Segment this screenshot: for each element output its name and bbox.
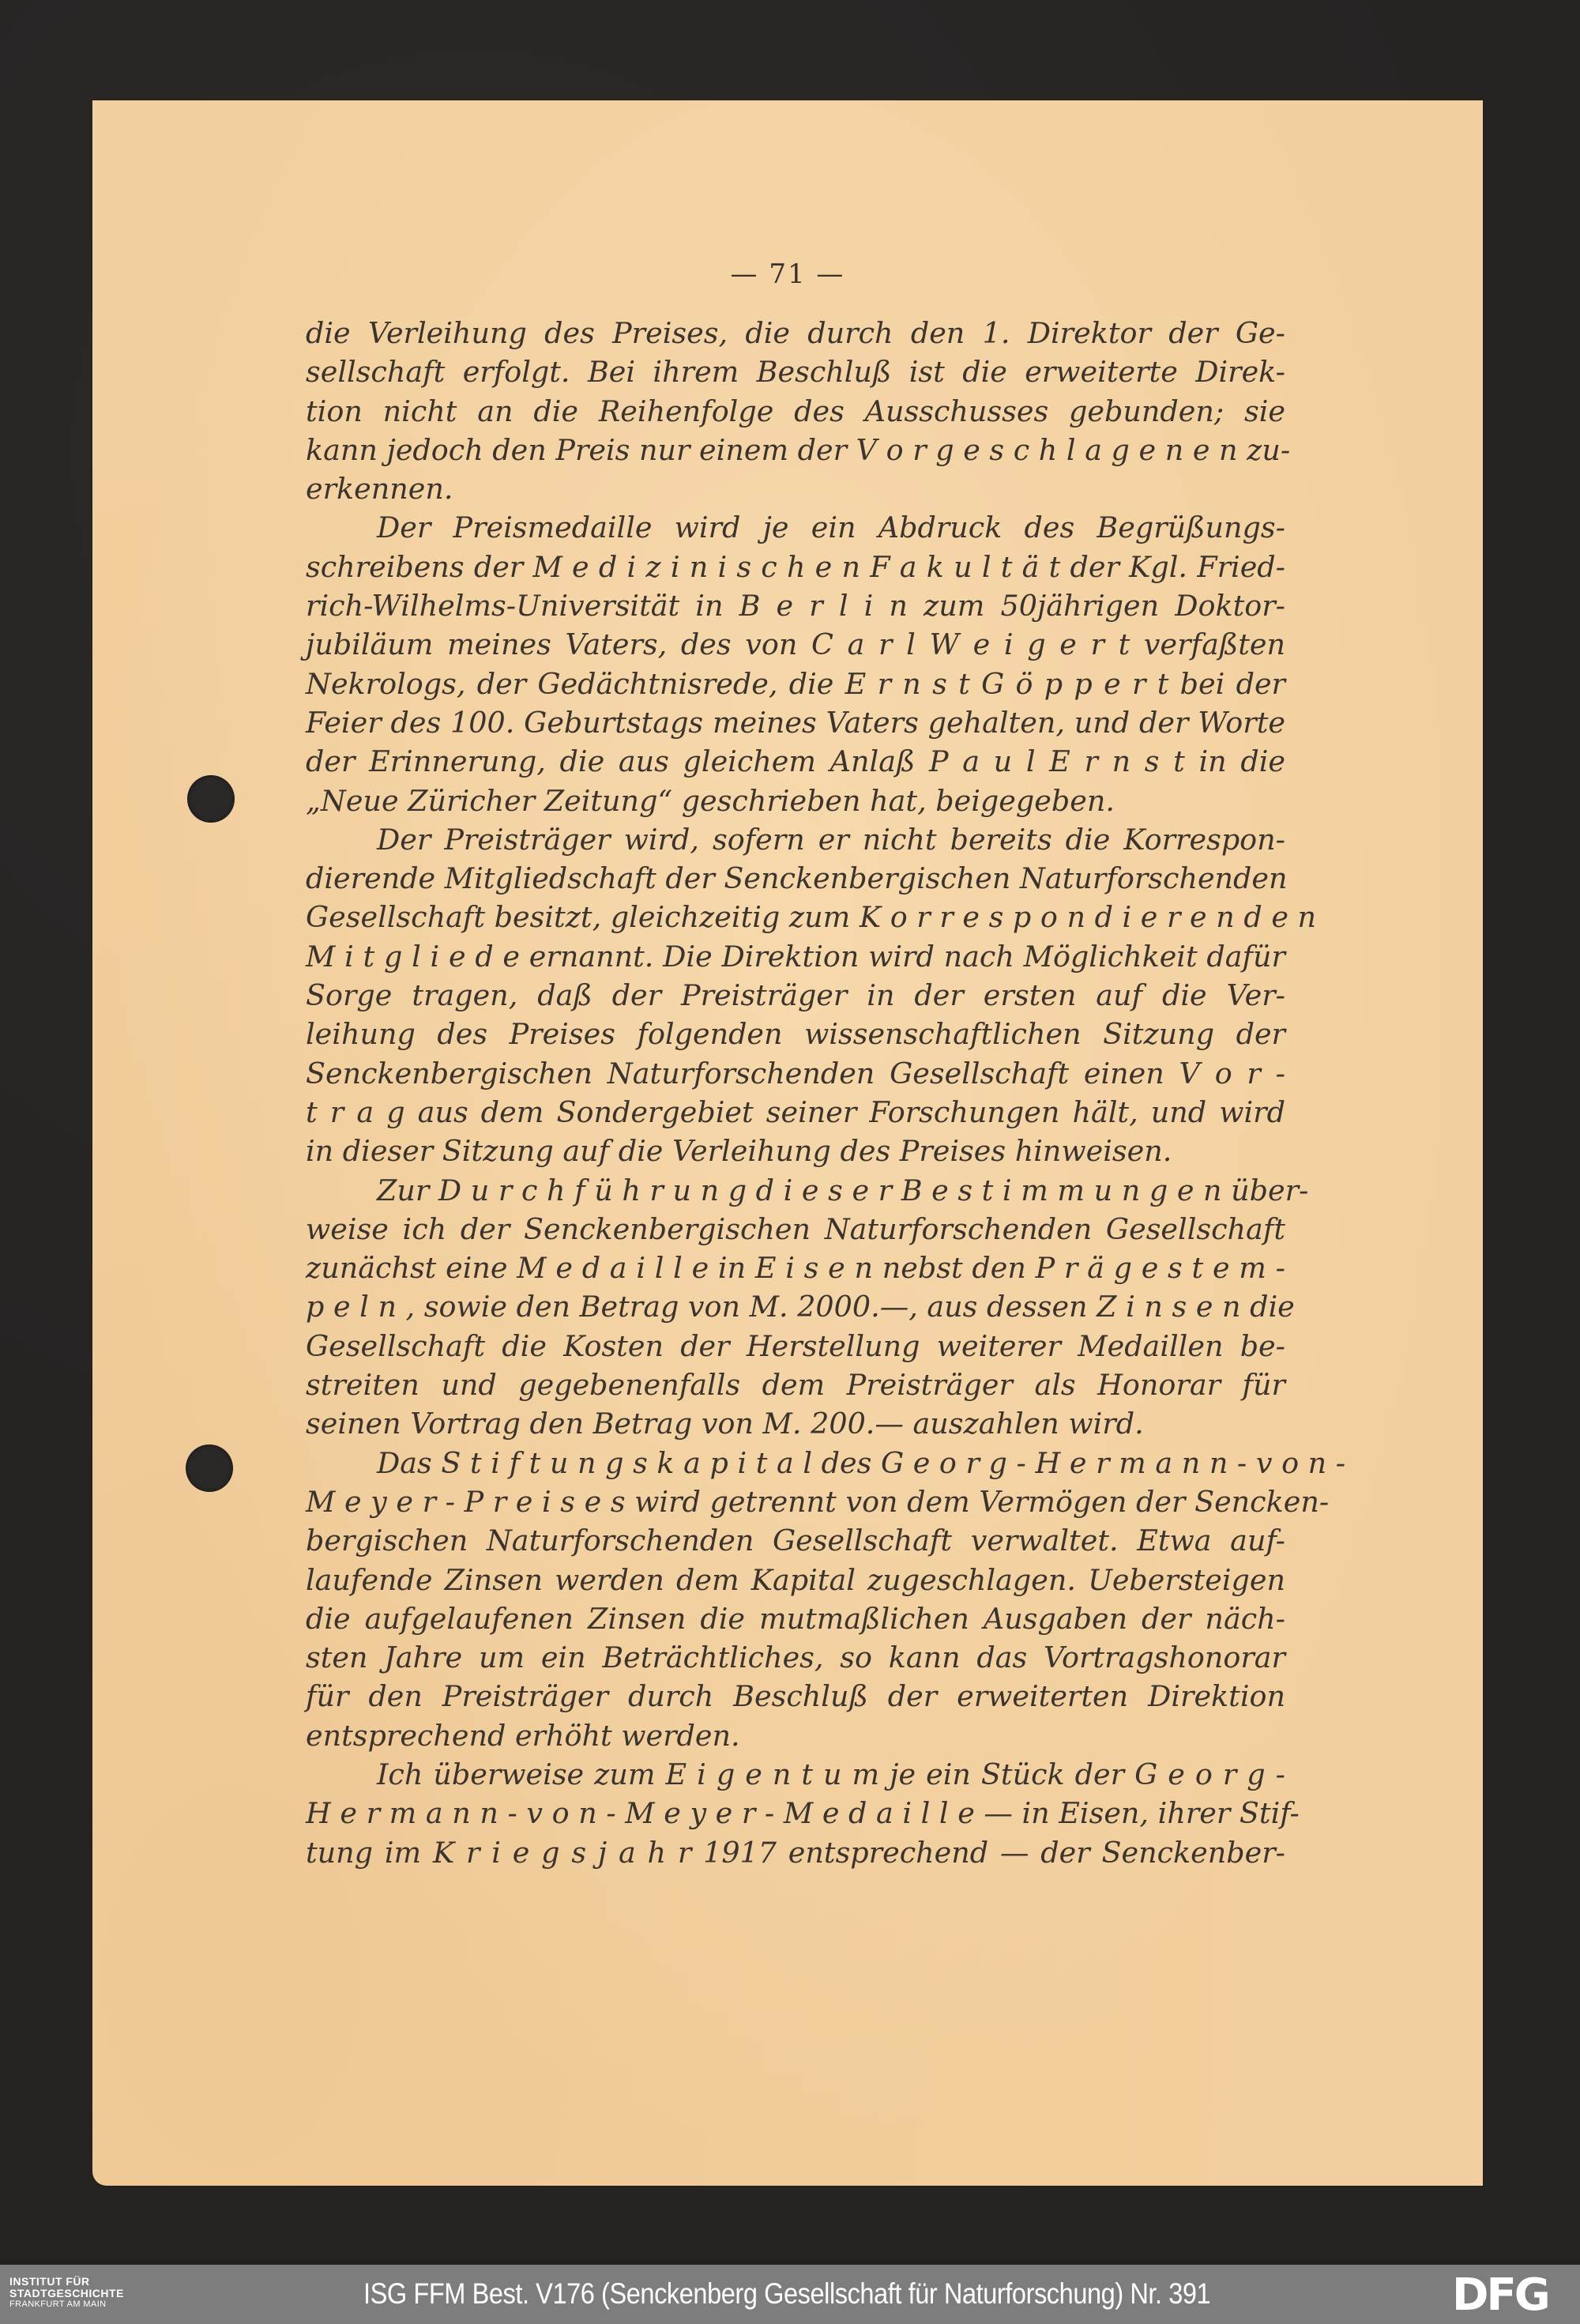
text-line: Feier des 100. Geburtstags meines Vaters… xyxy=(306,703,1285,742)
text-line: die aufgelaufenen Zinsen die mutmaßliche… xyxy=(306,1599,1285,1638)
archive-footer-bar: INSTITUT FÜR STADTGESCHICHTE FRANKFURT A… xyxy=(0,2265,1580,2324)
text-line: streiten und gegebenenfalls dem Preisträ… xyxy=(306,1365,1285,1404)
text-line: der Erinnerung, die aus gleichem Anlaß P… xyxy=(306,742,1285,781)
dfg-logo: DFG xyxy=(1452,2273,1548,2318)
document-page: — 71 — die Verleihung des Preises, die d… xyxy=(92,100,1483,2186)
archive-caption: ISG FFM Best. V176 (Senckenberg Gesellsc… xyxy=(363,2277,1210,2311)
text-line: M e y e r - P r e i s e s wird getrennt … xyxy=(306,1482,1285,1521)
text-line: entsprechend erhöht werden. xyxy=(306,1716,1285,1755)
text-line: Zur D u r c h f ü h r u n g d i e s e r … xyxy=(306,1171,1285,1210)
text-line: in dieser Sitzung auf die Verleihung des… xyxy=(306,1132,1285,1170)
text-line: jubiläum meines Vaters, des von C a r l … xyxy=(306,625,1285,664)
text-line: bergischen Naturforschenden Gesellschaft… xyxy=(306,1521,1285,1560)
text-line: seinen Vortrag den Betrag von M. 200.— a… xyxy=(306,1404,1285,1443)
text-line: rich-Wilhelms-Universität in B e r l i n… xyxy=(306,586,1285,625)
text-line: Gesellschaft besitzt, gleichzeitig zum K… xyxy=(306,898,1285,936)
text-line: die Verleihung des Preises, die durch de… xyxy=(306,314,1285,352)
text-line: erkennen. xyxy=(306,469,1285,508)
punch-hole-bottom xyxy=(186,1444,233,1492)
institution-location: FRANKFURT AM MAIN xyxy=(9,2300,124,2309)
text-line: Der Preisträger wird, sofern er nicht be… xyxy=(306,820,1285,859)
text-line: t r a g aus dem Sondergebiet seiner Fors… xyxy=(306,1093,1285,1132)
text-line: sten Jahre um ein Beträchtliches, so kan… xyxy=(306,1638,1285,1677)
text-line: leihung des Preises folgenden wissenscha… xyxy=(306,1015,1285,1053)
page-number: — 71 — xyxy=(92,258,1483,290)
text-line: M i t g l i e d e ernannt. Die Direktion… xyxy=(306,937,1285,976)
body-text: die Verleihung des Preises, die durch de… xyxy=(306,314,1285,1872)
text-line: Das S t i f t u n g s k a p i t a l des … xyxy=(306,1444,1285,1482)
punch-hole-top xyxy=(187,775,235,823)
text-line: schreibens der M e d i z i n i s c h e n… xyxy=(306,548,1285,586)
text-line: Gesellschaft die Kosten der Herstellung … xyxy=(306,1327,1285,1365)
text-line: dierende Mitgliedschaft der Senckenbergi… xyxy=(306,859,1285,898)
text-line: zunächst eine M e d a i l l e in E i s e… xyxy=(306,1249,1285,1287)
text-line: tion nicht an die Reihenfolge des Aussch… xyxy=(306,392,1285,431)
text-line: Der Preismedaille wird je ein Abdruck de… xyxy=(306,508,1285,547)
text-line: für den Preisträger durch Beschluß der e… xyxy=(306,1677,1285,1716)
text-line: p e l n , sowie den Betrag von M. 2000.—… xyxy=(306,1287,1285,1326)
text-line: Sorge tragen, daß der Preisträger in der… xyxy=(306,976,1285,1015)
institution-name-line2: STADTGESCHICHTE xyxy=(9,2288,124,2299)
text-line: „Neue Züricher Zeitung“ geschrieben hat,… xyxy=(306,782,1285,820)
text-line: Senckenbergischen Naturforschenden Gesel… xyxy=(306,1054,1285,1093)
text-line: tung im K r i e g s j a h r 1917 entspre… xyxy=(306,1833,1285,1872)
text-line: laufende Zinsen werden dem Kapital zuges… xyxy=(306,1561,1285,1599)
text-line: weise ich der Senckenbergischen Naturfor… xyxy=(306,1210,1285,1249)
isg-institution-logo: INSTITUT FÜR STADTGESCHICHTE FRANKFURT A… xyxy=(9,2276,124,2309)
text-line: kann jedoch den Preis nur einem der V o … xyxy=(306,431,1285,469)
institution-name-line1: INSTITUT FÜR xyxy=(9,2276,124,2287)
text-line: Nekrologs, der Gedächtnisrede, die E r n… xyxy=(306,665,1285,703)
text-line: H e r m a n n - v o n - M e y e r - M e … xyxy=(306,1794,1285,1832)
text-line: sellschaft erfolgt. Bei ihrem Beschluß i… xyxy=(306,352,1285,391)
text-line: Ich überweise zum E i g e n t u m je ein… xyxy=(306,1755,1285,1794)
